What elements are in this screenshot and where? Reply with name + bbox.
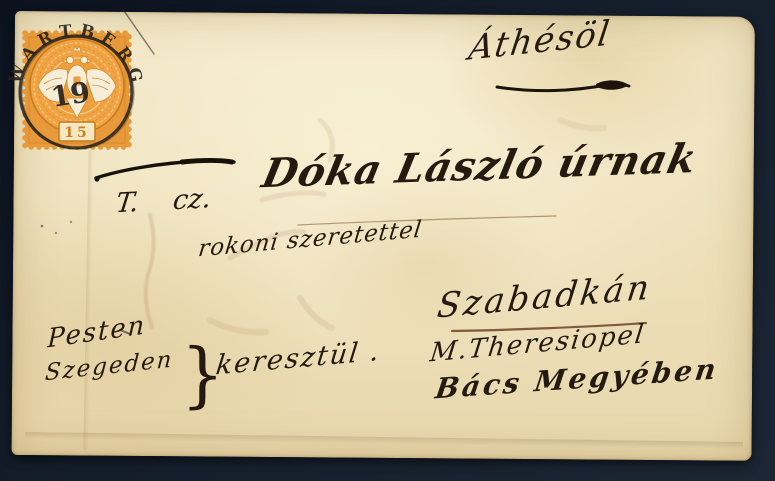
postmark: WARTBERG 19 [6,18,156,168]
cover-photo-stage: 15 WARTBERG 19 [0,0,775,481]
addressee-prefix: T. cz. [114,183,213,219]
postmark-day: 19 [49,75,93,114]
